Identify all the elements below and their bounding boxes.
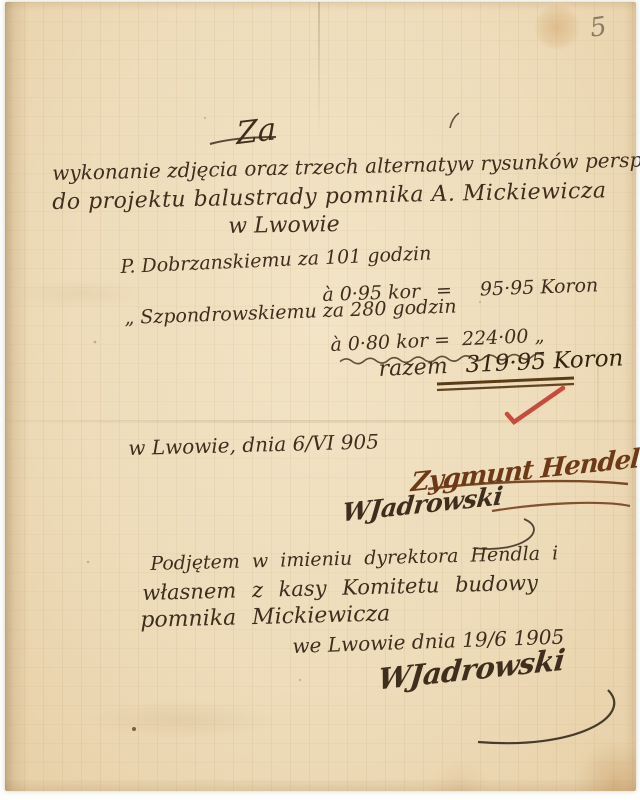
fold-crease-horizontal — [5, 420, 636, 423]
billing-amount-2: 224·00 „ — [462, 325, 545, 351]
billing-amount-1: 95·95 Koron — [480, 274, 599, 300]
total-label: razem — [378, 354, 448, 382]
equals-sign-2: = — [434, 329, 451, 352]
fold-crease-vertical — [318, 2, 320, 137]
heading-word: Za — [236, 111, 276, 152]
intro-line-3: w Lwowie — [228, 212, 340, 239]
billing-rate-2: à 0·80 kor — [330, 330, 429, 356]
